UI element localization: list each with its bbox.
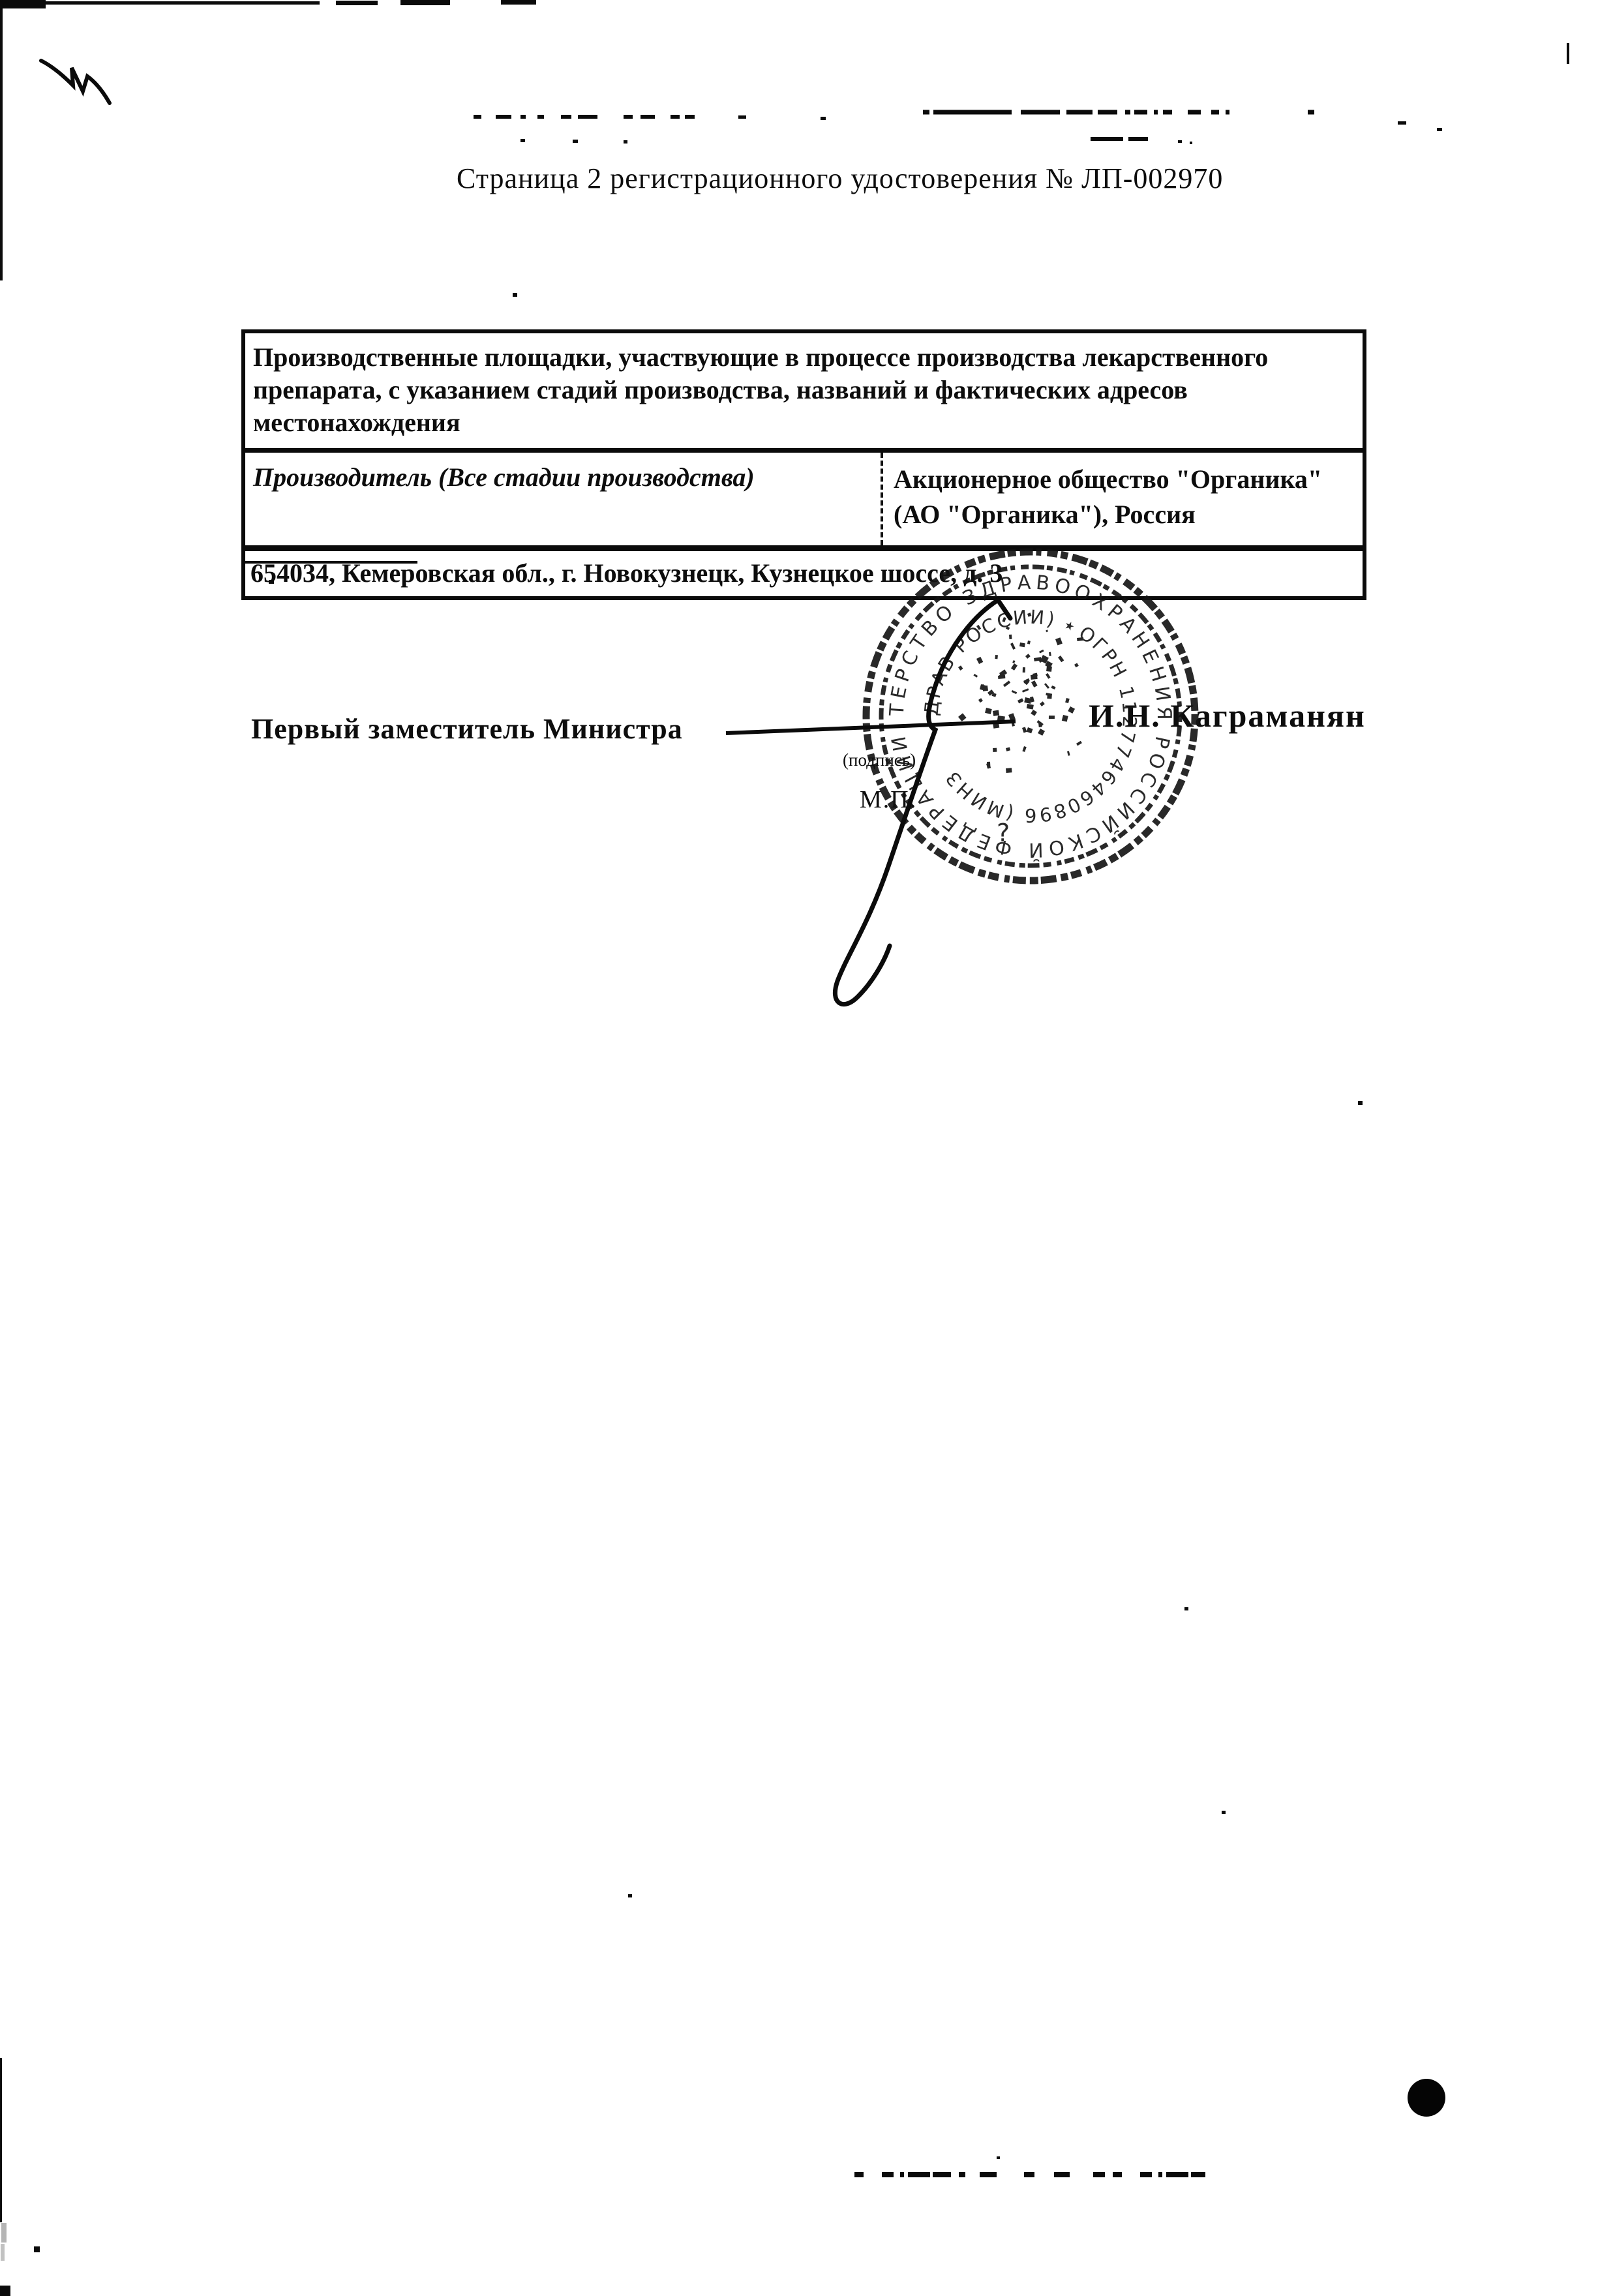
scan-artifact-left-edge xyxy=(0,7,10,2296)
scan-artifact-top-right xyxy=(1398,43,1569,131)
table-row-address: 654034, Кемеровская обл., г. Новокузнецк… xyxy=(245,551,1363,596)
producer-company-cell: Акционерное общество "Органика" (АО "Орг… xyxy=(883,453,1363,545)
scan-artifact-top-edge xyxy=(0,0,536,8)
table-header-cell: Производственные площадки, участвующие в… xyxy=(245,333,1363,453)
signature-caption: (подпись) xyxy=(843,750,916,770)
table-header-line3: местонахождения xyxy=(253,406,1336,439)
stamp-eagle-noise xyxy=(958,612,1083,773)
scan-artifact-dashed-lines xyxy=(474,112,1314,144)
pen-squiggle-mark xyxy=(41,61,110,103)
signer-name: И.Н. Каграманян xyxy=(1089,697,1366,734)
table-header-line1: Производственные площадки, участвующие в… xyxy=(253,341,1336,374)
signer-title: Первый заместитель Министра xyxy=(251,712,683,746)
company-country-line: (АО "Органика"), Россия xyxy=(894,497,1353,532)
signature-line xyxy=(726,721,1016,733)
page-title: Страница 2 регистрационного удостоверени… xyxy=(457,162,1223,195)
producer-role-cell: Производитель (Все стадии производства) xyxy=(245,453,883,545)
seal-place-caption: М.П. xyxy=(860,785,917,814)
black-dot-mark xyxy=(1408,2079,1445,2117)
stamp-center-mark: ? xyxy=(997,819,1010,847)
company-name-line: Акционерное общество "Органика" xyxy=(894,462,1353,497)
scanned-document-page: Страница 2 регистрационного удостоверени… xyxy=(0,0,1598,2296)
table-header-line2: препарата, с указанием стадий производст… xyxy=(253,374,1336,406)
table-row-producer: Производитель (Все стадии производства) … xyxy=(245,453,1363,551)
production-sites-table: Производственные площадки, участвующие в… xyxy=(241,329,1366,600)
